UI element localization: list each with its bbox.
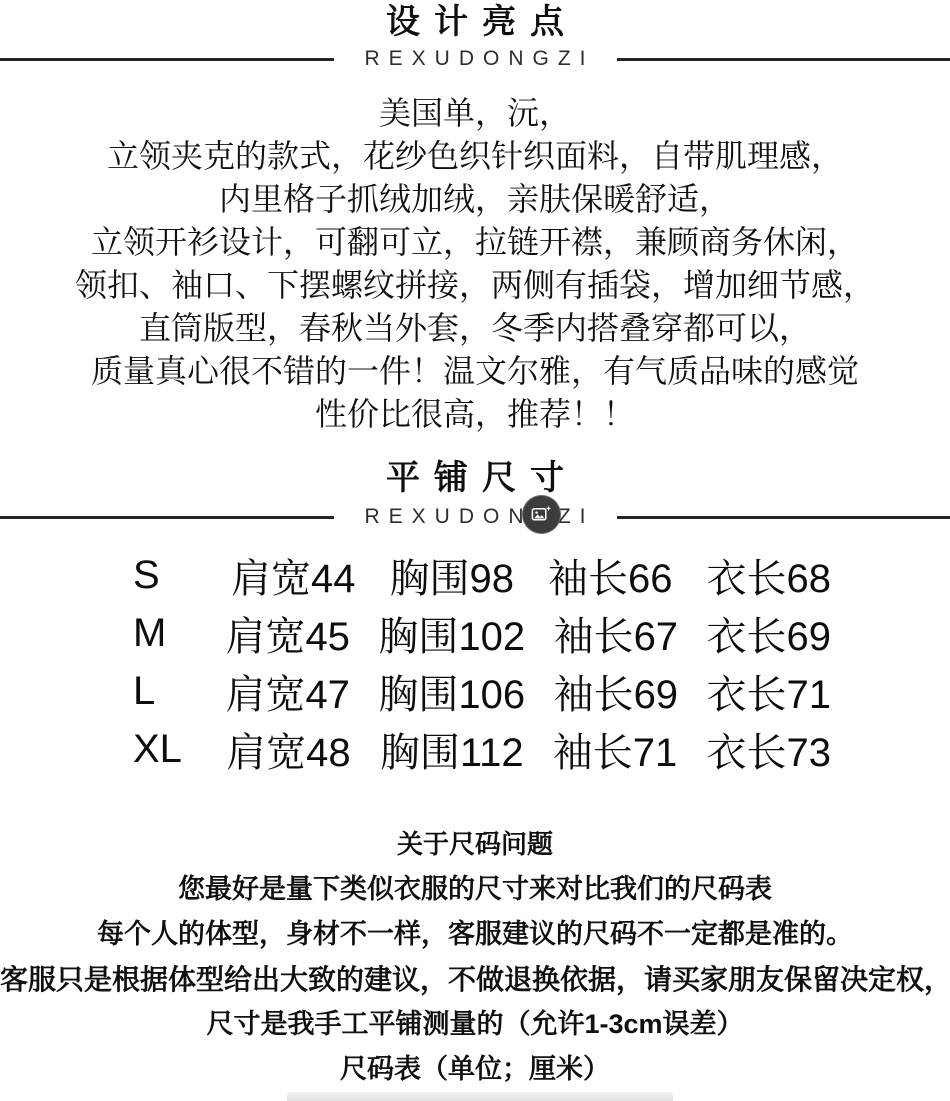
size-label: L [119, 669, 197, 714]
description-line: 内里格子抓绒加绒，亲肤保暖舒适， [0, 178, 950, 221]
sizing-note-line: 客服只是根据体型给出大致的建议，不做退换依据，请买家朋友保留决定权， [0, 957, 950, 1002]
description-line: 直筒版型，春秋当外套，冬季内搭叠穿都可以， [0, 307, 950, 350]
size-cell-shoulder: 肩宽45 [225, 605, 350, 662]
divider-line-right [617, 58, 950, 61]
size-row-xl: XL 肩宽48 胸围112 袖长71 衣长73 [119, 720, 831, 778]
description-line: 美国单，沅， [0, 92, 950, 135]
brand-divider: REXUDONGZI [0, 48, 950, 70]
brand-name: REXUDONGZI [356, 48, 595, 70]
sizing-note-line: 每个人的体型，身材不一样，客服建议的尺码不一定都是准的。 [0, 912, 950, 957]
size-label: M [119, 611, 197, 656]
size-cell-sleeve: 袖长67 [554, 605, 679, 662]
divider-line-right [617, 516, 950, 519]
size-label: XL [119, 727, 197, 772]
description-line: 立领夹克的款式，花纱色织针织面料，自带肌理感， [0, 135, 950, 178]
sizing-note-line: 尺码表（单位；厘米） [0, 1047, 950, 1092]
size-cell-shoulder: 肩宽44 [231, 547, 356, 604]
cutoff-next-section [287, 1092, 673, 1101]
sizing-note-line: 您最好是量下类似衣服的尺寸来对比我们的尺码表 [0, 867, 950, 912]
size-row-m: M 肩宽45 胸围102 袖长67 衣长69 [119, 604, 831, 662]
size-cell-chest: 胸围102 [378, 605, 525, 662]
size-cell-chest: 胸围106 [378, 663, 525, 720]
sizing-notes-title: 关于尺码问题 [0, 822, 950, 867]
size-cell-length: 衣长73 [706, 721, 831, 778]
description-line: 领扣、袖口、下摆螺纹拼接，两侧有插袋，增加细节感， [0, 264, 950, 307]
product-description-page: 设计亮点 REXUDONGZI 美国单，沅， 立领夹克的款式，花纱色织针织面料，… [0, 0, 950, 1101]
divider-line-left [0, 58, 334, 61]
size-cell-shoulder: 肩宽48 [226, 721, 351, 778]
size-cell-chest: 胸围112 [380, 721, 524, 778]
size-row-l: L 肩宽47 胸围106 袖长69 衣长71 [119, 662, 831, 720]
brand-divider: REXUDONGZI [0, 506, 950, 528]
description-line: 立领开衫设计，可翻可立，拉链开襟，兼顾商务休闲， [0, 221, 950, 264]
sizing-notes: 关于尺码问题 您最好是量下类似衣服的尺寸来对比我们的尺码表 每个人的体型，身材不… [0, 822, 950, 1092]
size-cell-length: 衣长69 [707, 605, 832, 662]
size-cell-sleeve: 袖长71 [553, 721, 678, 778]
flat-size-title: 平铺尺寸 [0, 460, 950, 496]
description-line: 质量真心很不错的一件！温文尔雅，有气质品味的感觉 [0, 350, 950, 393]
size-cell-shoulder: 肩宽47 [225, 663, 350, 720]
size-label: S [119, 553, 197, 598]
description-line: 性价比很高，推荐！！ [0, 393, 950, 436]
size-cell-length: 衣长68 [707, 547, 832, 604]
size-cell-sleeve: 袖长69 [554, 663, 679, 720]
divider-line-left [0, 516, 334, 519]
design-highlights-title: 设计亮点 [0, 0, 950, 40]
sizing-note-line: 尺寸是我手工平铺测量的（允许1-3cm误差） [0, 1002, 950, 1047]
size-cell-length: 衣长71 [707, 663, 832, 720]
size-cell-sleeve: 袖长66 [548, 547, 673, 604]
size-row-s: S 肩宽44 胸围98 袖长66 衣长68 [119, 546, 831, 604]
size-cell-chest: 胸围98 [390, 547, 515, 604]
design-description: 美国单，沅， 立领夹克的款式，花纱色织针织面料，自带肌理感， 内里格子抓绒加绒，… [0, 92, 950, 436]
image-enhance-badge-icon[interactable] [522, 495, 561, 534]
size-table: S 肩宽44 胸围98 袖长66 衣长68 M 肩宽45 胸围102 袖长67 … [119, 546, 831, 778]
